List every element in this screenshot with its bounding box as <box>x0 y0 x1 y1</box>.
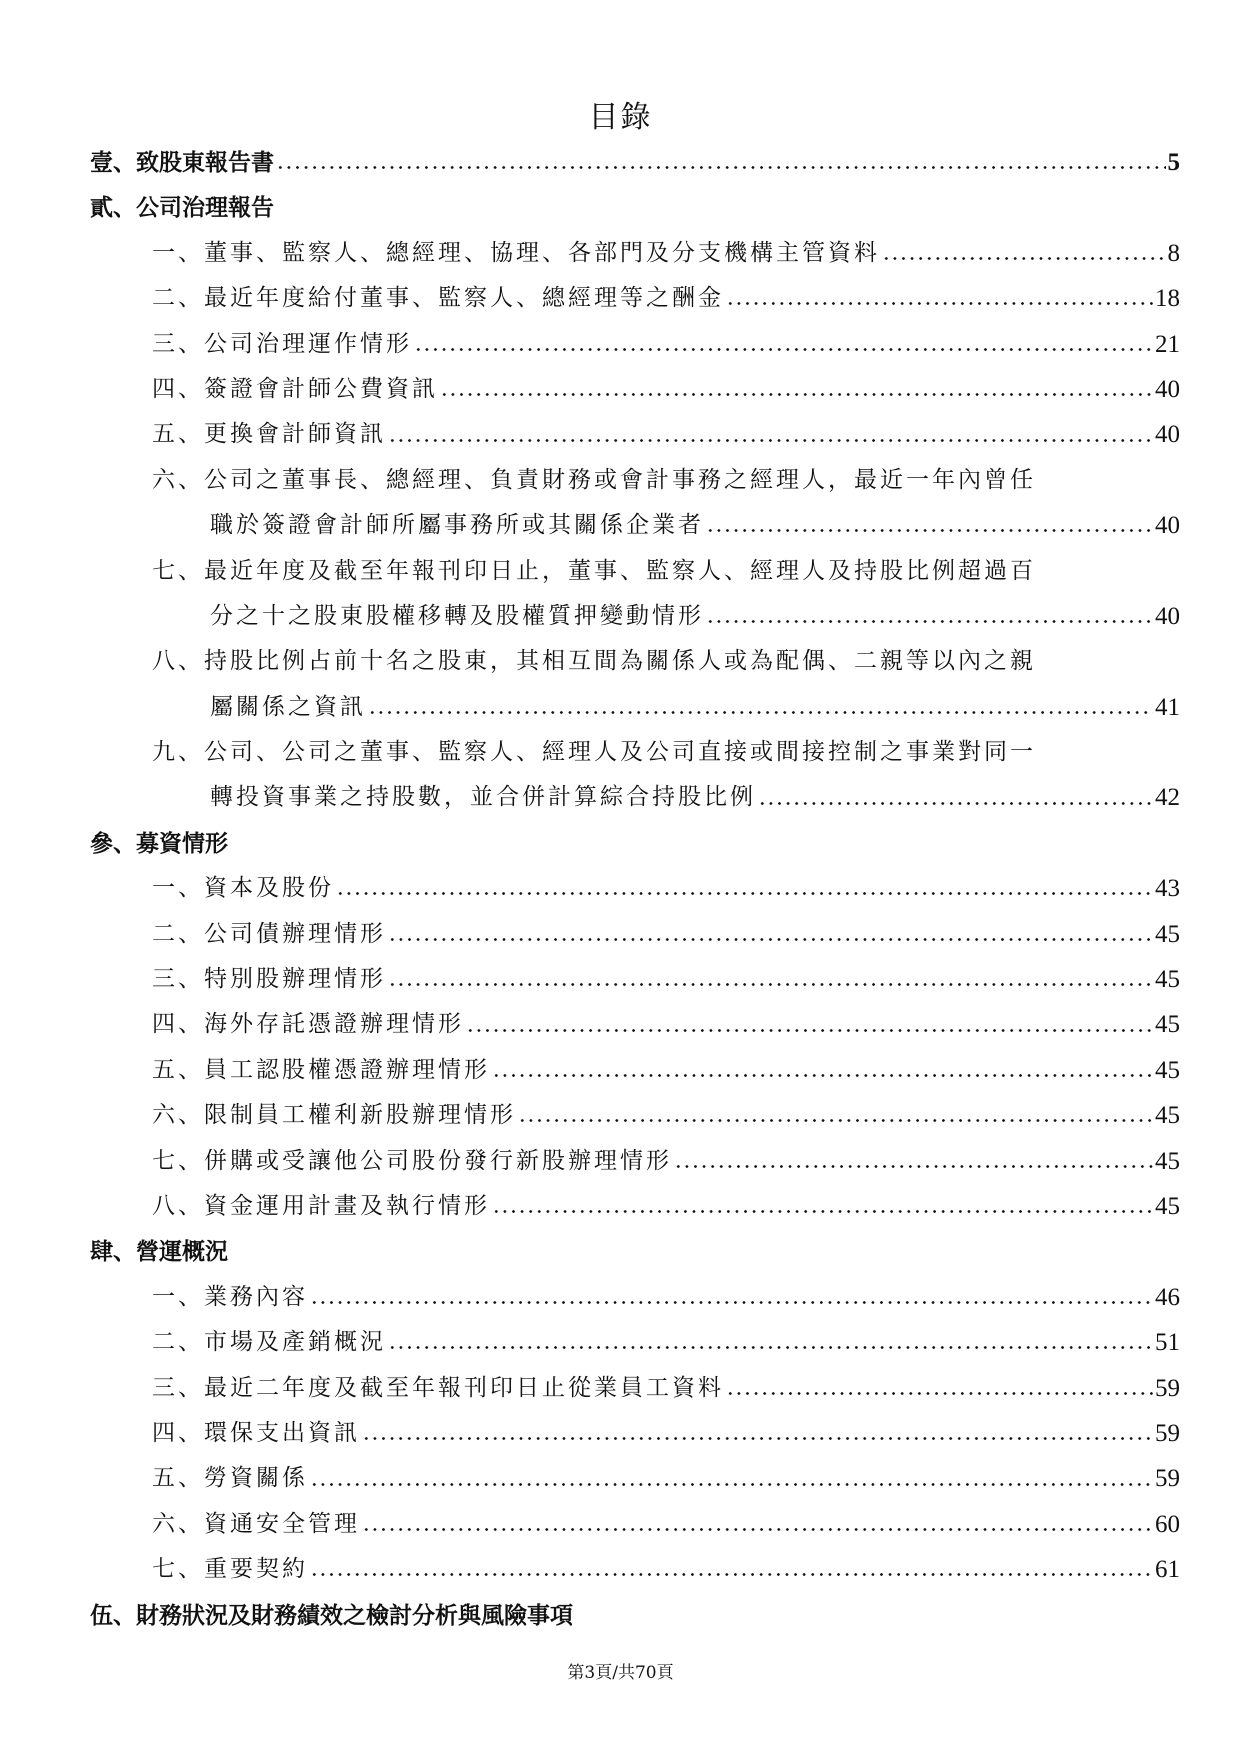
dot-leader <box>276 140 1166 185</box>
dot-leader <box>882 231 1166 276</box>
toc-entry-label: 一、資本及股份 <box>152 866 334 911</box>
toc-page-number: 59 <box>1155 1366 1180 1411</box>
dot-leader <box>726 276 1153 321</box>
dot-leader <box>388 1320 1153 1365</box>
toc-entry-label: 九、公司、公司之董事、監察人、經理人及公司直接或間接控制之事業對同一 <box>152 730 1036 775</box>
toc-entry-label: 八、持股比例占前十名之股東，其相互間為關係人或為配偶、二親等以內之親 <box>152 639 1036 684</box>
toc-page-number: 40 <box>1155 412 1180 457</box>
toc-page-number: 41 <box>1155 685 1180 730</box>
toc-entry-label: 二、市場及產銷概況 <box>152 1320 386 1365</box>
toc-entry-label: 分之十之股東股權移轉及股權質押變動情形 <box>210 594 704 639</box>
toc-page-number: 5 <box>1168 140 1181 185</box>
toc-entry[interactable]: 六、資通安全管理60 <box>90 1502 1180 1547</box>
toc-page-number: 40 <box>1155 503 1180 548</box>
toc-entry-label: 一、業務內容 <box>152 1275 308 1320</box>
dot-leader <box>388 957 1153 1002</box>
toc-entry[interactable]: 四、簽證會計師公費資訊40 <box>90 367 1180 412</box>
toc-entry-label: 七、併購或受讓他公司股份發行新股辦理情形 <box>152 1139 672 1184</box>
toc-entry[interactable]: 八、資金運用計畫及執行情形45 <box>90 1184 1180 1229</box>
toc-entry[interactable]: 職於簽證會計師所屬事務所或其關係企業者40 <box>90 503 1180 548</box>
toc-entry-label: 一、董事、監察人、總經理、協理、各部門及分支機構主管資料 <box>152 231 880 276</box>
toc-page-number: 45 <box>1155 1002 1180 1047</box>
toc-section-heading[interactable]: 壹、致股東報告書5 <box>90 140 1180 185</box>
toc-entry-label: 六、公司之董事長、總經理、負責財務或會計事務之經理人，最近一年內曾任 <box>152 458 1036 503</box>
toc-section-heading: 伍、財務狀況及財務績效之檢討分析與風險事項 <box>90 1593 1180 1638</box>
toc-entry-label: 三、最近二年度及截至年報刊印日止從業員工資料 <box>152 1366 724 1411</box>
dot-leader <box>518 1093 1153 1138</box>
toc-entry-label: 職於簽證會計師所屬事務所或其關係企業者 <box>210 503 704 548</box>
toc-entry[interactable]: 四、環保支出資訊59 <box>90 1411 1180 1456</box>
toc-page-number: 18 <box>1155 276 1180 321</box>
dot-leader <box>674 1139 1153 1184</box>
toc-entry-label: 肆、營運概況 <box>90 1229 228 1274</box>
toc-page-number: 21 <box>1155 322 1180 367</box>
toc-entry-label: 四、簽證會計師公費資訊 <box>152 367 438 412</box>
toc-entry[interactable]: 一、董事、監察人、總經理、協理、各部門及分支機構主管資料8 <box>90 231 1180 276</box>
toc-entry-label: 四、環保支出資訊 <box>152 1411 360 1456</box>
toc-entry[interactable]: 三、公司治理運作情形21 <box>90 322 1180 367</box>
dot-leader <box>414 322 1153 367</box>
toc-entry-label: 六、限制員工權利新股辦理情形 <box>152 1093 516 1138</box>
toc-entry-label: 伍、財務狀況及財務績效之檢討分析與風險事項 <box>90 1593 573 1638</box>
toc-entry-label: 貳、公司治理報告 <box>90 185 274 230</box>
toc-entry-label: 八、資金運用計畫及執行情形 <box>152 1184 490 1229</box>
toc-entry-label: 參、募資情形 <box>90 821 228 866</box>
toc-page-number: 45 <box>1155 1048 1180 1093</box>
toc-entry[interactable]: 轉投資事業之持股數，並合併計算綜合持股比例42 <box>90 775 1180 820</box>
toc-title: 目錄 <box>0 92 1241 136</box>
toc-entry-label: 七、最近年度及截至年報刊印日止，董事、監察人、經理人及持股比例超過百 <box>152 549 1036 594</box>
toc-entry[interactable]: 三、最近二年度及截至年報刊印日止從業員工資料59 <box>90 1366 1180 1411</box>
page-footer: 第3頁/共70頁 <box>0 1658 1241 1683</box>
toc-entry[interactable]: 一、資本及股份43 <box>90 866 1180 911</box>
dot-leader <box>336 866 1153 911</box>
dot-leader <box>368 685 1153 730</box>
toc-page-number: 43 <box>1155 866 1180 911</box>
toc-entry: 八、持股比例占前十名之股東，其相互間為關係人或為配偶、二親等以內之親 <box>90 639 1180 684</box>
toc-section-heading: 肆、營運概況 <box>90 1229 1180 1274</box>
toc-entry[interactable]: 二、公司債辦理情形45 <box>90 912 1180 957</box>
dot-leader <box>310 1547 1153 1592</box>
toc-entry-label: 三、公司治理運作情形 <box>152 322 412 367</box>
toc-entry-label: 五、員工認股權憑證辦理情形 <box>152 1048 490 1093</box>
toc-entry[interactable]: 七、重要契約61 <box>90 1547 1180 1592</box>
toc-entry[interactable]: 二、最近年度給付董事、監察人、總經理等之酬金18 <box>90 276 1180 321</box>
toc-page-number: 45 <box>1155 957 1180 1002</box>
toc-entry[interactable]: 五、更換會計師資訊40 <box>90 412 1180 457</box>
toc-entry-label: 二、最近年度給付董事、監察人、總經理等之酬金 <box>152 276 724 321</box>
dot-leader <box>388 413 1153 458</box>
dot-leader <box>310 1275 1153 1320</box>
toc-entry: 九、公司、公司之董事、監察人、經理人及公司直接或間接控制之事業對同一 <box>90 730 1180 775</box>
toc-entry-label: 屬關係之資訊 <box>210 685 366 730</box>
toc-page-number: 42 <box>1155 775 1180 820</box>
toc-page-number: 59 <box>1155 1411 1180 1456</box>
toc-section-heading: 參、募資情形 <box>90 821 1180 866</box>
toc-page-number: 8 <box>1168 231 1181 276</box>
dot-leader <box>362 1411 1153 1456</box>
toc-page-number: 45 <box>1155 912 1180 957</box>
toc-entry-label: 五、更換會計師資訊 <box>152 412 386 457</box>
dot-leader <box>726 1366 1153 1411</box>
toc-page-number: 59 <box>1155 1456 1180 1501</box>
toc-entry-label: 二、公司債辦理情形 <box>152 912 386 957</box>
toc-page-number: 45 <box>1155 1184 1180 1229</box>
toc-entry: 七、最近年度及截至年報刊印日止，董事、監察人、經理人及持股比例超過百 <box>90 549 1180 594</box>
toc-section-heading: 貳、公司治理報告 <box>90 185 1180 230</box>
dot-leader <box>492 1048 1153 1093</box>
dot-leader <box>758 776 1153 821</box>
toc-entry[interactable]: 五、員工認股權憑證辦理情形45 <box>90 1048 1180 1093</box>
toc-entry-label: 三、特別股辦理情形 <box>152 957 386 1002</box>
toc-page-number: 46 <box>1155 1275 1180 1320</box>
toc-entry[interactable]: 一、業務內容46 <box>90 1275 1180 1320</box>
dot-leader <box>440 367 1153 412</box>
toc-entry[interactable]: 四、海外存託憑證辦理情形45 <box>90 1002 1180 1047</box>
toc-entry[interactable]: 五、勞資關係59 <box>90 1456 1180 1501</box>
toc-page-number: 60 <box>1155 1502 1180 1547</box>
toc-entry[interactable]: 屬關係之資訊41 <box>90 685 1180 730</box>
dot-leader <box>362 1502 1153 1547</box>
toc-entry-label: 五、勞資關係 <box>152 1456 308 1501</box>
toc-entry-label: 四、海外存託憑證辦理情形 <box>152 1002 464 1047</box>
dot-leader <box>706 594 1153 639</box>
toc-entry-label: 壹、致股東報告書 <box>90 140 274 185</box>
toc-entry[interactable]: 二、市場及產銷概況51 <box>90 1320 1180 1365</box>
toc-page-number: 40 <box>1155 367 1180 412</box>
toc-page-number: 61 <box>1155 1547 1180 1592</box>
toc-entry[interactable]: 七、併購或受讓他公司股份發行新股辦理情形45 <box>90 1139 1180 1184</box>
toc-entry-label: 六、資通安全管理 <box>152 1502 360 1547</box>
dot-leader <box>492 1184 1153 1229</box>
toc-entry[interactable]: 三、特別股辦理情形45 <box>90 957 1180 1002</box>
dot-leader <box>310 1457 1153 1502</box>
toc-entry: 六、公司之董事長、總經理、負責財務或會計事務之經理人，最近一年內曾任 <box>90 458 1180 503</box>
toc-page-number: 45 <box>1155 1139 1180 1184</box>
toc-page-number: 51 <box>1155 1320 1180 1365</box>
table-of-contents: 壹、致股東報告書5貳、公司治理報告一、董事、監察人、總經理、協理、各部門及分支機… <box>90 140 1180 1638</box>
toc-page-number: 40 <box>1155 594 1180 639</box>
toc-entry-label: 轉投資事業之持股數，並合併計算綜合持股比例 <box>210 775 756 820</box>
dot-leader <box>388 912 1153 957</box>
toc-entry[interactable]: 六、限制員工權利新股辦理情形45 <box>90 1093 1180 1138</box>
dot-leader <box>706 503 1153 548</box>
toc-entry[interactable]: 分之十之股東股權移轉及股權質押變動情形40 <box>90 594 1180 639</box>
dot-leader <box>466 1003 1153 1048</box>
toc-entry-label: 七、重要契約 <box>152 1547 308 1592</box>
toc-page-number: 45 <box>1155 1093 1180 1138</box>
